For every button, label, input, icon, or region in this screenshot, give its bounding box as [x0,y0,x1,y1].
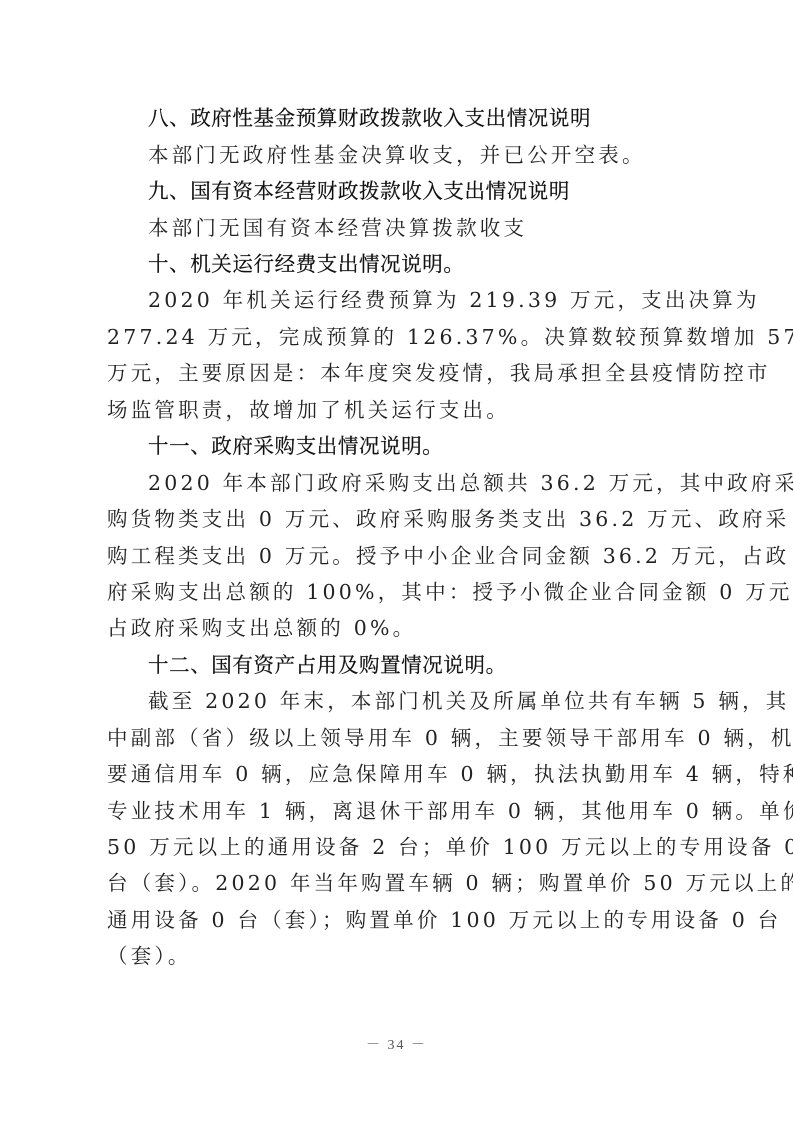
paragraph-line: 本部门无政府性基金决算收支，并已公开空表。 [148,140,748,170]
paragraph-line: 万元，主要原因是：本年度突发疫情，我局承担全县疫情防控市 [107,358,707,388]
section-heading-8: 八、政府性基金预算财政拨款收入支出情况说明 [148,103,748,133]
paragraph-line: 府采购支出总额的 100%，其中：授予小微企业合同金额 0 万元， [107,577,707,607]
paragraph-line: 台（套）。2020 年当年购置车辆 0 辆；购置单价 50 万元以上的 [107,868,707,898]
paragraph-line: 中副部（省）级以上领导用车 0 辆，主要领导干部用车 0 辆，机 [107,723,707,753]
paragraph-line: 购货物类支出 0 万元、政府采购服务类支出 36.2 万元、政府采 [107,504,707,534]
paragraph-line: 277.24 万元，完成预算的 126.37%。决算数较预算数增加 57.88 [107,322,707,352]
paragraph-line: 要通信用车 0 辆，应急保障用车 0 辆，执法执勤用车 4 辆，特种 [107,759,707,789]
document-page: 八、政府性基金预算财政拨款收入支出情况说明 本部门无政府性基金决算收支，并已公开… [0,0,793,1122]
paragraph-line: 本部门无国有资本经营决算拨款收支 [148,213,748,243]
section-heading-10: 十、机关运行经费支出情况说明。 [148,249,748,279]
paragraph-line: （套）。 [107,941,707,971]
section-heading-9: 九、国有资本经营财政拨款收入支出情况说明 [148,176,748,206]
paragraph-line: 截至 2020 年末，本部门机关及所属单位共有车辆 5 辆，其 [148,686,748,716]
paragraph-line: 通用设备 0 台（套）；购置单价 100 万元以上的专用设备 0 台 [107,905,707,935]
paragraph-line: 2020 年机关运行经费预算为 219.39 万元，支出决算为 [148,285,748,315]
paragraph-line: 占政府采购支出总额的 0%。 [107,613,707,643]
paragraph-line: 50 万元以上的通用设备 2 台；单价 100 万元以上的专用设备 0 [107,832,707,862]
paragraph-line: 专业技术用车 1 辆，离退休干部用车 0 辆，其他用车 0 辆。单价 [107,796,707,826]
paragraph-line: 购工程类支出 0 万元。授予中小企业合同金额 36.2 万元，占政 [107,541,707,571]
paragraph-line: 场监管职责，故增加了机关运行支出。 [107,395,707,425]
page-number: － 34 － [0,1034,793,1054]
section-heading-12: 十二、国有资产占用及购置情况说明。 [148,650,748,680]
paragraph-line: 2020 年本部门政府采购支出总额共 36.2 万元，其中政府采 [148,468,748,498]
section-heading-11: 十一、政府采购支出情况说明。 [148,431,748,461]
